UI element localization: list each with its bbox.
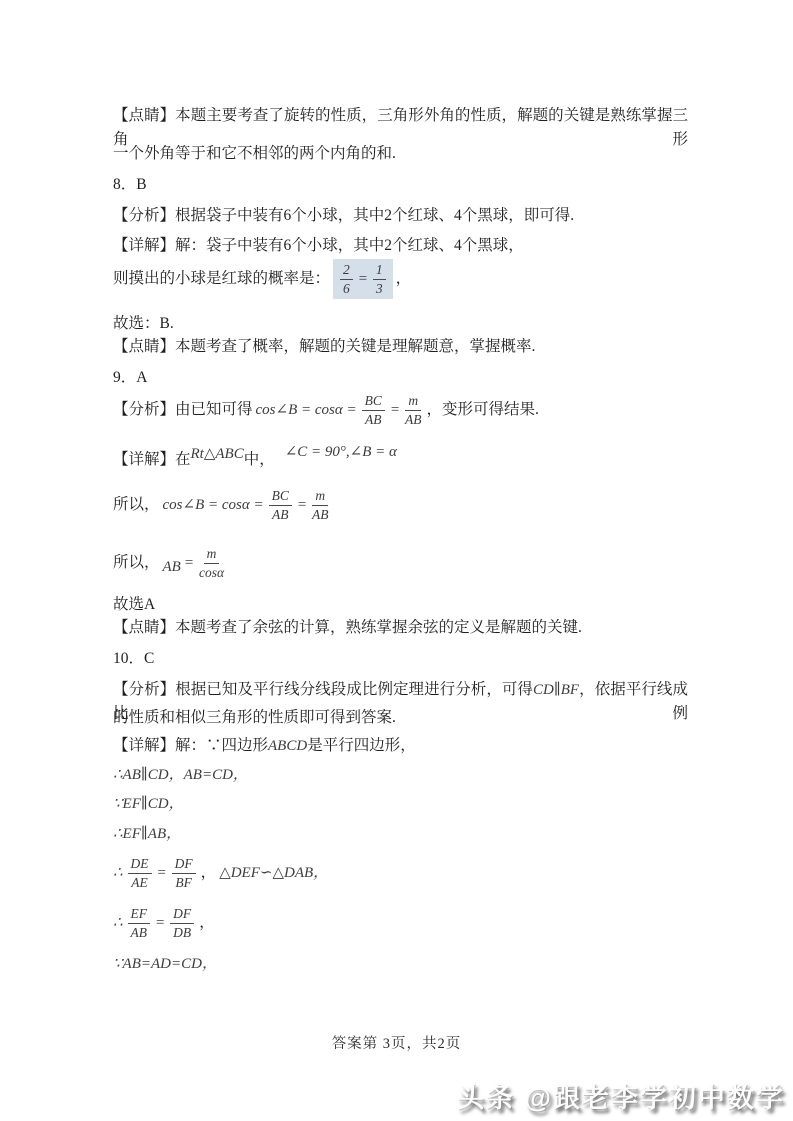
fraction-denominator: cosα <box>199 564 224 581</box>
equals-sign: = <box>157 861 167 885</box>
q10-similar-triangles: △DEF∽△DAB， <box>219 861 328 885</box>
fraction-denominator: AB <box>312 506 329 523</box>
q9-rt-triangle: Rt△ABC <box>191 446 244 462</box>
fraction-denominator: AB <box>131 924 148 941</box>
fraction-2-6: 2 6 <box>340 262 353 296</box>
q7-note-line2: 一个外角等于和它不相邻的两个内角的和. <box>113 142 688 166</box>
q9-cos-chain: cos∠B = cosα = <box>163 493 264 517</box>
q8-analysis: 【分析】根据袋子中装有6个小球，其中2个红球、4个黑球，即可得. <box>113 204 688 228</box>
fraction-denominator: AE <box>131 874 148 891</box>
q9-so-prefix: 所以， <box>113 493 160 517</box>
q9-analysis-prefix: 【分析】由已知可得 <box>113 398 253 422</box>
fraction-denominator: AB <box>272 506 289 523</box>
fraction-BC-AB: BC AB <box>362 393 385 427</box>
fraction-denominator: 6 <box>343 280 350 297</box>
fraction-denominator: BF <box>175 874 192 891</box>
q10-analysis-line2: 的性质和相似三角形的性质即可得到答案. <box>113 706 688 730</box>
document-page: 【点睛】本题主要考查了旋转的性质，三角形外角的性质，解题的关键是熟练掌握三角形 … <box>0 0 793 1121</box>
q8-prob-tail: ， <box>396 267 412 291</box>
therefore-symbol: ∴ <box>113 861 123 885</box>
q10-cd-bf: CD∥BF <box>533 682 579 698</box>
comma: ， <box>199 911 215 935</box>
fraction-numerator: EF <box>128 906 151 924</box>
fraction-denominator: 3 <box>376 280 383 297</box>
equals-sign: = <box>184 551 194 575</box>
watermark: 头条 @跟老李学初中数学 <box>457 1076 785 1115</box>
q9-note: 【点睛】本题考查了余弦的计算，熟练掌握余弦的定义是解题的关键. <box>113 616 688 640</box>
fraction-numerator: m <box>405 393 421 411</box>
fraction-BC-AB: BC AB <box>269 488 292 522</box>
q9-so-line1: 所以， cos∠B = cosα = BC AB = m AB <box>113 482 688 528</box>
fraction-m-AB: m AB <box>405 393 422 427</box>
comma: ， <box>201 861 217 885</box>
fraction-numerator: m <box>204 546 220 564</box>
q9-detail-mid: 中， <box>244 451 275 468</box>
q10-step4: ∴ DE AE = DF BF ， △DEF∽△DAB， <box>113 850 688 896</box>
q10-step6: ∵AB=AD=CD， <box>113 952 688 976</box>
equals-sign: = <box>155 911 165 935</box>
fraction-DF-DB: DF DB <box>170 906 194 940</box>
q10-detail-prefix: 【详解】解：∵四边形 <box>113 737 268 754</box>
therefore-symbol: ∴ <box>113 911 123 935</box>
fraction-numerator: DF <box>170 906 194 924</box>
q8-choice: 故选：B. <box>113 312 688 336</box>
fraction-DF-BF: DF BF <box>172 856 196 890</box>
q9-analysis-tail: ，变形可得结果. <box>427 398 539 422</box>
fraction-numerator: 2 <box>340 262 353 280</box>
fraction-numerator: BC <box>269 488 292 506</box>
page-footer: 答案第 3页，共2页 <box>0 1032 793 1053</box>
fraction-numerator: DE <box>128 856 152 874</box>
q9-detail-line: 【详解】在Rt△ABC中，∠C = 90°,∠B = α <box>113 448 688 472</box>
fraction-m-cosa: m cosα <box>199 546 224 580</box>
fraction-1-3: 1 3 <box>373 262 386 296</box>
q10-answer: 10．C <box>113 647 688 671</box>
fraction-m-AB: m AB <box>312 488 329 522</box>
fraction-numerator: 1 <box>373 262 386 280</box>
q10-abcd: ABCD <box>268 738 307 754</box>
fraction-numerator: BC <box>362 393 385 411</box>
q10-step3: ∴EF∥AB， <box>113 822 688 846</box>
q9-so-line2: 所以， AB = m cosα <box>113 540 688 586</box>
q8-detail: 【详解】解：袋子中装有6个小球，其中2个红球、4个黑球， <box>113 234 688 258</box>
q9-cos-chain: cos∠B = cosα = <box>256 398 357 422</box>
q8-fraction-equation: 2 6 = 1 3 <box>333 259 393 299</box>
q10-step1: ∴AB∥CD，AB=CD， <box>113 763 688 787</box>
fraction-numerator: m <box>312 488 328 506</box>
fraction-EF-AB: EF AB <box>128 906 151 940</box>
q8-note: 【点睛】本题考查了概率，解题的关键是理解题意，掌握概率. <box>113 335 688 359</box>
q8-prob-prefix: 则摸出的小球是红球的概率是： <box>113 267 330 291</box>
q10-step2: ∵EF∥CD， <box>113 792 688 816</box>
fraction-denominator: AB <box>405 411 422 428</box>
q9-so-prefix: 所以， <box>113 551 160 575</box>
q8-probability-line: 则摸出的小球是红球的概率是： 2 6 = 1 3 ， <box>113 256 688 302</box>
equals-sign: = <box>390 398 400 422</box>
q10-analysis-p1: 【分析】根据已知及平行线分线段成比例定理进行分析，可得 <box>113 681 533 698</box>
fraction-DE-AE: DE AE <box>128 856 152 890</box>
q9-ab-label: AB <box>163 555 181 579</box>
equals-sign: = <box>297 493 307 517</box>
equals-sign: = <box>358 267 368 291</box>
q8-answer: 8．B <box>113 173 688 197</box>
q10-detail-line: 【详解】解：∵四边形ABCD是平行四边形， <box>113 734 688 758</box>
q9-choice: 故选A <box>113 593 688 617</box>
q9-analysis-line: 【分析】由已知可得 cos∠B = cosα = BC AB = m AB ，变… <box>113 387 688 433</box>
q9-angle-conditions: ∠C = 90°,∠B = α <box>285 444 397 460</box>
fraction-denominator: AB <box>365 411 382 428</box>
q10-step5: ∴ EF AB = DF DB ， <box>113 900 688 946</box>
q10-detail-tail: 是平行四边形， <box>307 737 416 754</box>
q9-detail-prefix: 【详解】在 <box>113 451 191 468</box>
fraction-numerator: DF <box>172 856 196 874</box>
fraction-denominator: DB <box>173 924 191 941</box>
